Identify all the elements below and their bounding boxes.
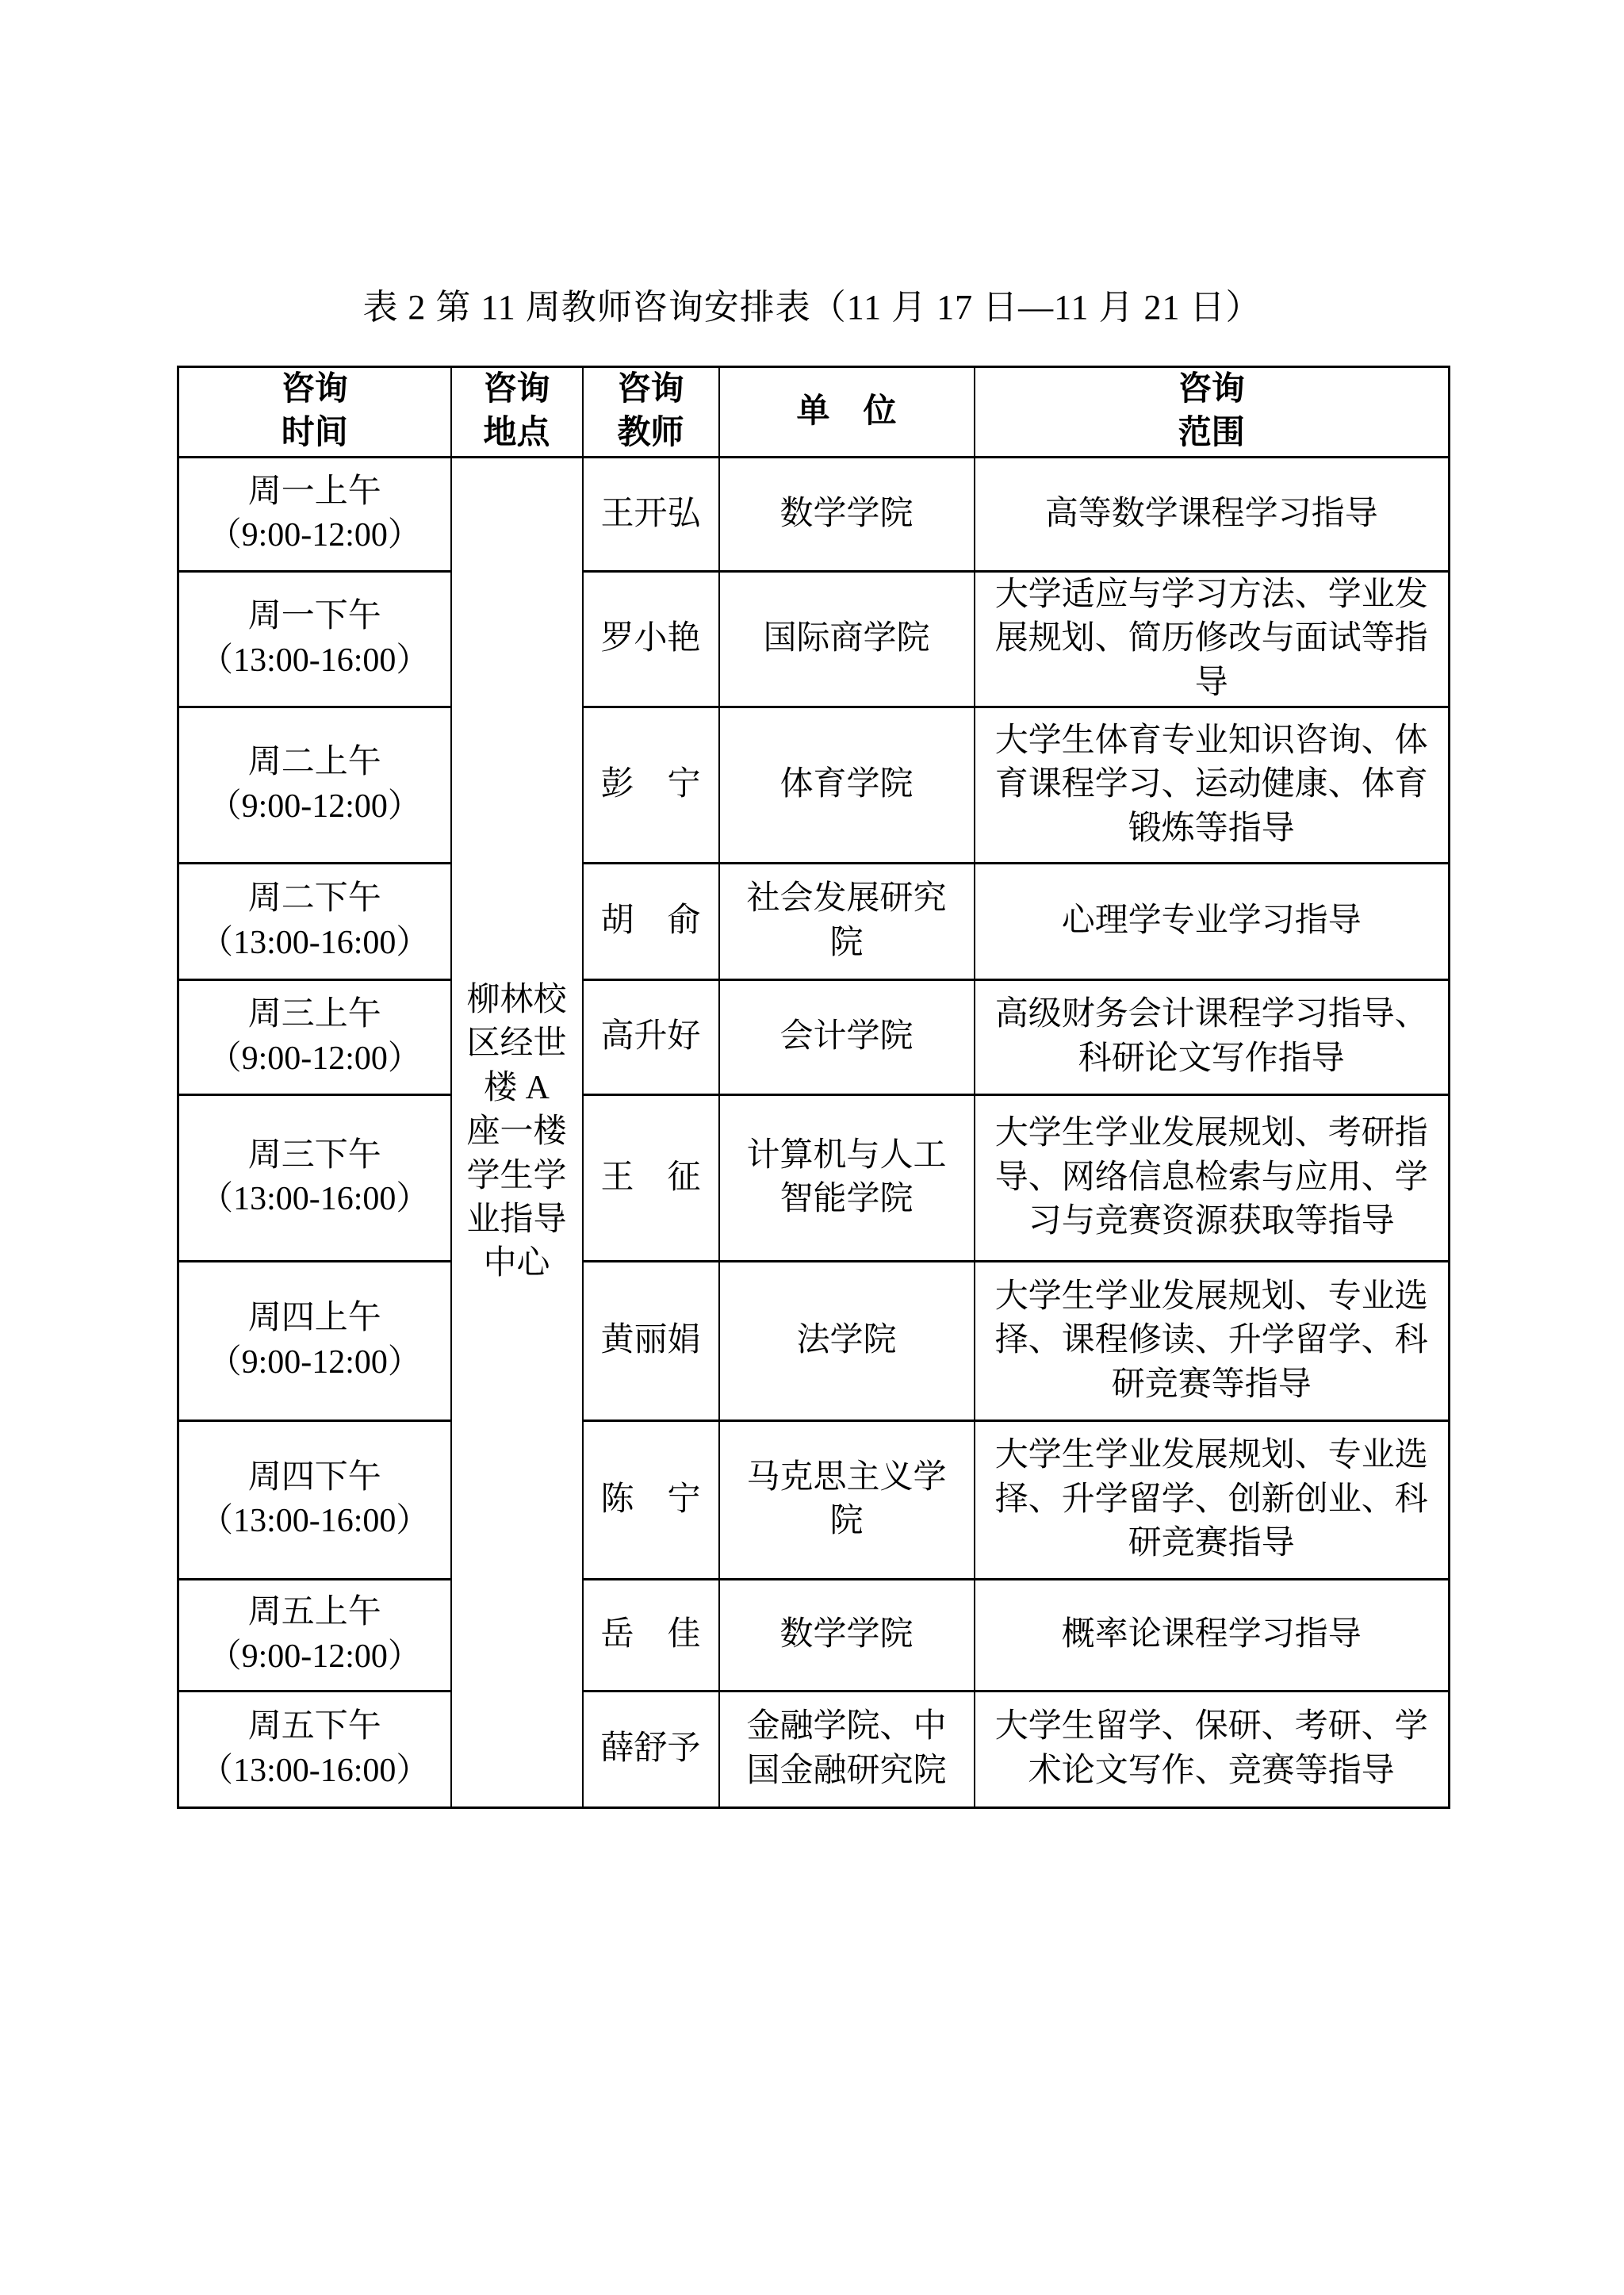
- table-row: 周三下午 （13:00-16:00） 王 征 计算机与人工 智能学院 大学生学业…: [178, 1094, 1450, 1261]
- cell-teacher: 高升好: [583, 979, 719, 1094]
- cell-scope: 高等数学课程学习指导: [975, 457, 1450, 571]
- cell-scope: 大学适应与学习方法、学业发 展规划、简历修改与面试等指 导: [975, 571, 1450, 707]
- cell-unit: 马克思主义学 院: [719, 1420, 975, 1579]
- cell-unit: 计算机与人工 智能学院: [719, 1094, 975, 1261]
- header-unit: 单 位: [719, 367, 975, 458]
- cell-unit: 金融学院、中 国金融研究院: [719, 1691, 975, 1807]
- header-scope: 咨询 范围: [975, 367, 1450, 458]
- cell-teacher: 岳 佳: [583, 1579, 719, 1691]
- cell-time: 周一下午 （13:00-16:00）: [178, 571, 451, 707]
- cell-unit: 会计学院: [719, 979, 975, 1094]
- document-title: 表 2 第 11 周教师咨询安排表（11 月 17 日—11 月 21 日）: [0, 287, 1624, 329]
- cell-teacher: 黄丽娟: [583, 1261, 719, 1420]
- header-location: 咨询 地点: [451, 367, 583, 458]
- table-row: 周五下午 （13:00-16:00） 薛舒予 金融学院、中 国金融研究院 大学生…: [178, 1691, 1450, 1807]
- page: 表 2 第 11 周教师咨询安排表（11 月 17 日—11 月 21 日） 咨…: [0, 0, 1624, 2295]
- cell-unit: 法学院: [719, 1261, 975, 1420]
- cell-scope: 大学生学业发展规划、考研指 导、网络信息检索与应用、学 习与竞赛资源获取等指导: [975, 1094, 1450, 1261]
- cell-time: 周三上午 （9:00-12:00）: [178, 979, 451, 1094]
- cell-unit: 数学学院: [719, 457, 975, 571]
- cell-time: 周五下午 （13:00-16:00）: [178, 1691, 451, 1807]
- cell-teacher: 王开弘: [583, 457, 719, 571]
- cell-teacher: 薛舒予: [583, 1691, 719, 1807]
- cell-unit: 体育学院: [719, 707, 975, 863]
- cell-time: 周四下午 （13:00-16:00）: [178, 1420, 451, 1579]
- cell-scope: 概率论课程学习指导: [975, 1579, 1450, 1691]
- cell-teacher: 罗小艳: [583, 571, 719, 707]
- cell-scope: 大学生学业发展规划、专业选 择、升学留学、创新创业、科 研竞赛指导: [975, 1420, 1450, 1579]
- cell-time: 周四上午 （9:00-12:00）: [178, 1261, 451, 1420]
- table-row: 周一上午 （9:00-12:00） 柳林校 区经世 楼 A 座一楼 学生学 业指…: [178, 457, 1450, 571]
- cell-scope: 大学生学业发展规划、专业选 择、课程修读、升学留学、科 研竞赛等指导: [975, 1261, 1450, 1420]
- table-row: 周二下午 （13:00-16:00） 胡 俞 社会发展研究 院 心理学专业学习指…: [178, 863, 1450, 979]
- cell-location: 柳林校 区经世 楼 A 座一楼 学生学 业指导 中心: [451, 457, 583, 1807]
- header-teacher: 咨询 教师: [583, 367, 719, 458]
- table-row: 周三上午 （9:00-12:00） 高升好 会计学院 高级财务会计课程学习指导、…: [178, 979, 1450, 1094]
- cell-time: 周五上午 （9:00-12:00）: [178, 1579, 451, 1691]
- cell-unit: 国际商学院: [719, 571, 975, 707]
- cell-scope: 心理学专业学习指导: [975, 863, 1450, 979]
- table-row: 周一下午 （13:00-16:00） 罗小艳 国际商学院 大学适应与学习方法、学…: [178, 571, 1450, 707]
- consultation-table: 咨询 时间 咨询 地点 咨询 教师 单 位 咨询 范围 周一上午 （9:00-1…: [177, 366, 1450, 1809]
- cell-unit: 数学学院: [719, 1579, 975, 1691]
- cell-scope: 高级财务会计课程学习指导、 科研论文写作指导: [975, 979, 1450, 1094]
- cell-teacher: 彭 宁: [583, 707, 719, 863]
- cell-scope: 大学生体育专业知识咨询、体 育课程学习、运动健康、体育 锻炼等指导: [975, 707, 1450, 863]
- cell-unit: 社会发展研究 院: [719, 863, 975, 979]
- table-row: 周二上午 （9:00-12:00） 彭 宁 体育学院 大学生体育专业知识咨询、体…: [178, 707, 1450, 863]
- cell-time: 周一上午 （9:00-12:00）: [178, 457, 451, 571]
- cell-teacher: 王 征: [583, 1094, 719, 1261]
- table-row: 周四下午 （13:00-16:00） 陈 宁 马克思主义学 院 大学生学业发展规…: [178, 1420, 1450, 1579]
- cell-time: 周三下午 （13:00-16:00）: [178, 1094, 451, 1261]
- header-time: 咨询 时间: [178, 367, 451, 458]
- cell-time: 周二上午 （9:00-12:00）: [178, 707, 451, 863]
- cell-teacher: 陈 宁: [583, 1420, 719, 1579]
- table-row: 周五上午 （9:00-12:00） 岳 佳 数学学院 概率论课程学习指导: [178, 1579, 1450, 1691]
- table-row: 周四上午 （9:00-12:00） 黄丽娟 法学院 大学生学业发展规划、专业选 …: [178, 1261, 1450, 1420]
- table-header-row: 咨询 时间 咨询 地点 咨询 教师 单 位 咨询 范围: [178, 367, 1450, 458]
- cell-teacher: 胡 俞: [583, 863, 719, 979]
- cell-scope: 大学生留学、保研、考研、学 术论文写作、竞赛等指导: [975, 1691, 1450, 1807]
- cell-time: 周二下午 （13:00-16:00）: [178, 863, 451, 979]
